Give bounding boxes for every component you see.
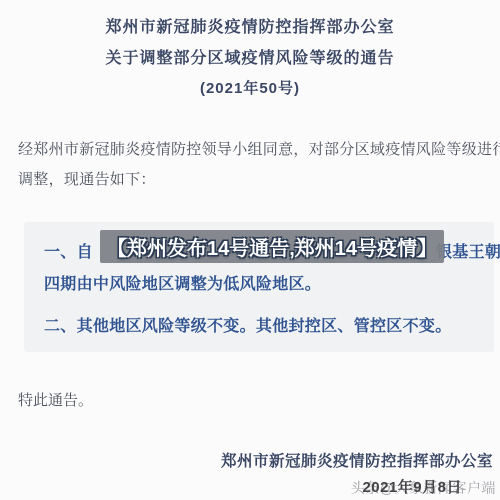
notice-page: 郑州市新冠肺炎疫情防控指挥部办公室 关于调整部分区域疫情风险等级的通告 (202… xyxy=(0,0,500,500)
intro-paragraph-line-2: 调整，现通告如下： xyxy=(18,168,156,189)
item2-line: 二、其他地区风险等级不变。其他封控区、管控区不变。 xyxy=(44,313,452,336)
signature-issuer: 郑州市新冠肺炎疫情防控指挥部办公室 xyxy=(221,449,493,471)
closing-line: 特此通告。 xyxy=(18,389,93,410)
intro-paragraph-line-1: 经郑州市新冠肺炎疫情防控领导小组同意，对部分区域疫情风险等级进行 xyxy=(18,138,500,159)
item1-line2: 四期由中风险地区调整为低风险地区。 xyxy=(44,271,321,294)
caption-overlay-bar: 【郑州发布14号通告,郑州14号疫情】 xyxy=(100,230,444,263)
caption-overlay-text: 【郑州发布14号通告,郑州14号疫情】 xyxy=(107,232,437,261)
item1-visible-start: 一、自 xyxy=(44,239,93,262)
notice-subject-title: 关于调整部分区域疫情风险等级的通告 xyxy=(0,45,500,68)
notice-issuer-title: 郑州市新冠肺炎疫情防控指挥部办公室 xyxy=(0,14,500,37)
notice-date: 2021年9月8日 xyxy=(362,476,462,497)
notice-doc-number: (2021年50号) xyxy=(0,77,500,98)
item1-visible-end: 银基王朝 xyxy=(436,239,500,262)
